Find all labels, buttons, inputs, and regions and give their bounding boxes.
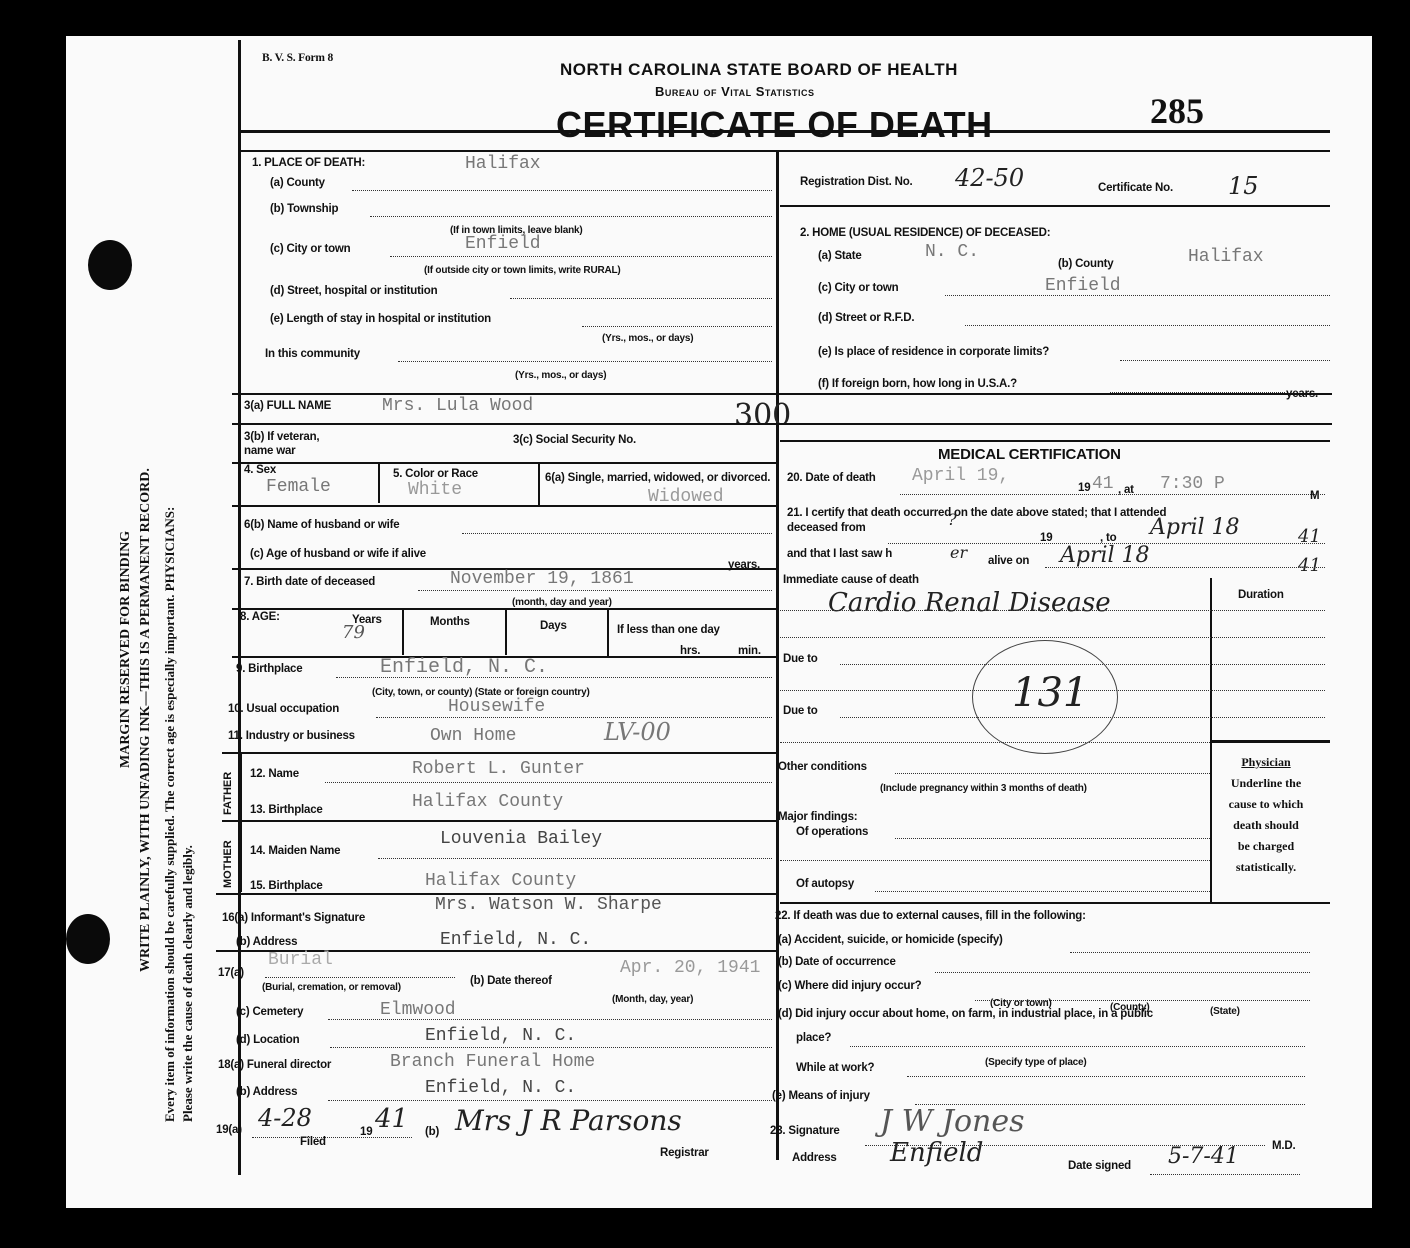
external-c-note-state: (State) <box>1210 1006 1240 1017</box>
duration-label: Duration <box>1238 589 1284 601</box>
marital-label: 6(a) Single, married, widowed, or divorc… <box>545 470 773 487</box>
age-divider-1 <box>402 609 404 655</box>
signature-address-value: Enfield <box>890 1138 983 1168</box>
registration-dist-label: Registration Dist. No. <box>800 176 913 188</box>
spouse-name-line <box>462 533 772 534</box>
margin-binding-text: MARGIN RESERVED FOR BINDING <box>118 531 134 768</box>
cause-value: Cardio Renal Disease <box>828 588 1111 618</box>
age-days-label: Days <box>540 620 567 632</box>
sex-label: 4. Sex <box>244 464 276 476</box>
binding-hole-bottom <box>66 914 110 964</box>
physician-box-line1: Underline the <box>1210 773 1322 794</box>
home-county-label: (b) County <box>1058 258 1113 270</box>
margin-instructions: Every item of information should be care… <box>162 507 178 1122</box>
other-conditions-note: (Include pregnancy within 3 months of de… <box>880 783 1087 794</box>
death-street-label: (d) Street, hospital or institution <box>270 285 437 297</box>
corporate-limits-line <box>1120 360 1330 361</box>
physician-box-title: Physician <box>1210 752 1322 773</box>
spouse-age-label: (c) Age of husband or wife if alive <box>250 548 426 560</box>
sex-value: Female <box>266 477 331 497</box>
burial-type-value: Burial <box>268 950 333 970</box>
medical-top-rule <box>780 440 1330 442</box>
death-date-line <box>900 494 1325 495</box>
header-rule-2 <box>240 150 1330 152</box>
mother-name-line <box>378 858 772 859</box>
age-divider-2 <box>505 609 507 655</box>
rule-3a <box>232 423 1332 425</box>
father-birthplace-value: Halifax County <box>412 792 563 812</box>
external-a-line <box>1070 952 1310 953</box>
burial-label: 17(a) <box>218 967 244 979</box>
industry-annotation: LV-00 <box>604 718 671 746</box>
industry-label: 11. Industry or business <box>228 730 355 742</box>
date-signed-label: Date signed <box>1068 1160 1131 1172</box>
mother-birthplace-label: 15. Birthplace <box>250 880 323 892</box>
margin-instructions-2: Please write the cause of death clearly … <box>180 845 196 1122</box>
funeral-address-line <box>328 1100 772 1101</box>
death-township-line <box>370 216 772 217</box>
duration-bottom-rule <box>1212 740 1330 743</box>
due-to-label-1: Due to <box>783 653 818 665</box>
informant-signature-value: Mrs. Watson W. Sharpe <box>435 895 662 915</box>
certify-text: 21. I certify that death occurred on the… <box>787 507 1166 519</box>
father-name-label: 12. Name <box>250 768 299 780</box>
death-township-label: (b) Township <box>270 203 338 215</box>
external-b-label: (b) Date of occurrence <box>778 956 896 968</box>
occupation-value: Housewife <box>448 697 545 717</box>
informant-address-value: Enfield, N. C. <box>440 930 591 950</box>
attended-from-value: ? <box>948 510 957 529</box>
other-conditions-label: Other conditions <box>778 761 867 773</box>
veteran-label: 3(b) If veteran, name war <box>244 430 324 458</box>
father-name-line <box>325 782 772 783</box>
stay-note: (Yrs., mos., or days) <box>602 333 693 344</box>
autopsy-line <box>875 891 1210 892</box>
rule-13 <box>222 820 776 822</box>
home-heading: 2. HOME (USUAL RESIDENCE) OF DECEASED: <box>800 227 1050 239</box>
registrar-signature: Mrs J R Parsons <box>455 1104 682 1137</box>
death-year-prefix: 19 <box>1078 482 1090 494</box>
due-to-label-2: Due to <box>783 705 818 717</box>
filed-label-a: 19(a) <box>216 1124 242 1136</box>
while-at-work-line <box>907 1076 1305 1077</box>
registration-dist-value: 42-50 <box>955 164 1024 192</box>
major-findings-label: Major findings: <box>778 811 857 823</box>
home-county-value: Halifax <box>1188 247 1264 267</box>
parents-tag-divider <box>240 752 242 892</box>
stamp-number: 285 <box>1150 90 1204 132</box>
date-signed-value: 5-7-41 <box>1168 1144 1239 1169</box>
external-d2-label: place? <box>796 1032 831 1044</box>
age-months-label: Months <box>430 616 470 628</box>
rule-11 <box>222 752 776 754</box>
full-name-value: Mrs. Lula Wood <box>382 396 533 416</box>
external-b-line <box>935 972 1310 973</box>
external-a-label: (a) Accident, suicide, or homicide (spec… <box>778 934 1003 946</box>
birth-date-line <box>418 590 772 591</box>
operations-line <box>895 838 1210 839</box>
mother-birthplace-value: Halifax County <box>425 871 576 891</box>
filed-label: Filed <box>300 1136 326 1148</box>
attended-from-label: deceased from <box>787 522 866 534</box>
cemetery-value: Elmwood <box>380 1000 456 1020</box>
race-marital-divider <box>538 463 540 505</box>
stay-line <box>582 326 772 327</box>
mother-name-value: Louvenia Bailey <box>440 829 602 849</box>
home-city-label: (c) City or town <box>818 282 899 294</box>
certificate-title: CERTIFICATE OF DEATH <box>556 104 993 146</box>
last-saw-label: and that I last saw h <box>787 548 892 560</box>
last-saw-value: April 18 <box>1060 543 1150 568</box>
funeral-address-value: Enfield, N. C. <box>425 1078 576 1098</box>
burial-location-value: Enfield, N. C. <box>425 1026 576 1046</box>
section-rule-3 <box>232 393 1332 395</box>
age-years-value: 79 <box>342 622 365 643</box>
registrar-label: Registrar <box>660 1147 709 1159</box>
father-birthplace-label: 13. Birthplace <box>250 804 323 816</box>
community-line <box>398 361 772 362</box>
birthplace-label: 9. Birthplace <box>236 663 302 675</box>
home-state-label: (a) State <box>818 250 862 262</box>
death-date-label: 20. Date of death <box>787 472 876 484</box>
form-id: B. V. S. Form 8 <box>262 52 333 64</box>
marital-value: Widowed <box>648 487 724 507</box>
while-at-work-label: While at work? <box>796 1062 874 1074</box>
alive-on-label: alive on <box>988 555 1029 567</box>
mother-tag: MOTHER <box>222 840 234 888</box>
external-d-line <box>850 1046 1305 1047</box>
filed-year-value: 41 <box>375 1104 408 1134</box>
last-saw-year: 41 <box>1298 555 1321 576</box>
city-note: (If outside city or town limits, write R… <box>424 265 621 276</box>
cause-line-2 <box>780 637 1325 638</box>
margin-permanent-record: WRITE PLAINLY, WITH UNFADING INK—THIS IS… <box>138 468 154 972</box>
autopsy-label: Of autopsy <box>796 878 854 890</box>
physician-signature: J W Jones <box>880 1104 1025 1139</box>
burial-type-note: (Burial, cremation, or removal) <box>262 982 401 993</box>
burial-date-value: Apr. 20, 1941 <box>620 958 760 978</box>
signature-address-label: Address <box>792 1152 837 1164</box>
father-name-value: Robert L. Gunter <box>412 759 585 779</box>
code-stamp: 131 <box>1012 670 1088 716</box>
filed-date-value: 4-28 <box>258 1104 312 1132</box>
home-state-value: N. C. <box>925 242 979 262</box>
burial-type-line <box>265 977 455 978</box>
birth-date-value: November 19, 1861 <box>450 569 634 589</box>
last-saw-pronoun: er <box>950 543 967 562</box>
spouse-name-label: 6(b) Name of husband or wife <box>244 519 399 531</box>
attended-to-value: April 18 <box>1150 515 1240 540</box>
funeral-address-label: (b) Address <box>236 1086 297 1098</box>
operations-label: Of operations <box>796 826 868 838</box>
external-heading: 22. If death was due to external causes,… <box>775 910 1086 922</box>
death-date-value: April 19, <box>912 466 1009 486</box>
external-d-note: (Specify type of place) <box>985 1057 1087 1068</box>
cemetery-label: (c) Cemetery <box>236 1006 303 1018</box>
death-county-label: (a) County <box>270 177 325 189</box>
death-county-value: Halifax <box>465 154 541 174</box>
burial-location-label: (d) Location <box>236 1034 299 1046</box>
registration-rule <box>780 205 1330 207</box>
corporate-limits-label: (e) Is place of residence in corporate l… <box>818 346 1049 358</box>
age-label: 8. AGE: <box>240 611 280 623</box>
ssn-label: 3(c) Social Security No. <box>513 433 663 447</box>
age-divider-3 <box>607 609 609 657</box>
death-time-value: 7:30 P <box>1160 474 1225 494</box>
home-city-line <box>945 295 1330 296</box>
death-street-line <box>510 298 772 299</box>
race-value: White <box>408 480 462 500</box>
full-name-annotation: 300 <box>734 398 791 433</box>
md-label: M.D. <box>1272 1140 1295 1152</box>
home-street-line <box>965 325 1330 326</box>
death-city-line <box>390 256 772 257</box>
community-label: In this community <box>265 348 360 360</box>
home-street-label: (d) Street or R.F.D. <box>818 312 914 324</box>
cause-line-1 <box>780 610 1325 611</box>
last-saw-line <box>1045 567 1325 568</box>
race-label: 5. Color or Race <box>393 468 478 480</box>
external-e-label: (e) Means of injury <box>772 1090 870 1102</box>
birthplace-line <box>336 677 772 678</box>
physician-box-line4: be charged <box>1210 836 1322 857</box>
sex-race-divider <box>378 463 380 503</box>
mother-name-label: 14. Maiden Name <box>250 845 340 857</box>
death-county-line <box>352 190 772 191</box>
industry-value: Own Home <box>430 726 516 746</box>
rule-3b <box>232 462 776 464</box>
rule-4 <box>232 505 776 507</box>
stay-label: (e) Length of stay in hospital or instit… <box>270 313 491 325</box>
filed-line <box>252 1137 412 1138</box>
date-signed-line <box>1150 1174 1300 1175</box>
death-time-suffix: M <box>1310 490 1319 502</box>
board-title: NORTH CAROLINA STATE BOARD OF HEALTH <box>560 60 958 80</box>
other-conditions-line <box>895 773 1210 774</box>
burial-location-line <box>330 1047 772 1048</box>
father-tag: FATHER <box>222 772 234 815</box>
foreign-born-label: (f) If foreign born, how long in U.S.A.? <box>818 378 1017 390</box>
physician-instruction-box: Physician Underline the cause to which d… <box>1210 752 1322 878</box>
funeral-director-value: Branch Funeral Home <box>390 1052 595 1072</box>
registrar-label-b: (b) <box>425 1126 439 1138</box>
birth-date-note: (month, day and year) <box>512 597 612 608</box>
full-name-label: 3(a) FULL NAME <box>244 400 331 412</box>
external-c-label: (c) Where did injury occur? <box>778 980 921 992</box>
operations-line-2 <box>780 860 1210 861</box>
certificate-no-value: 15 <box>1228 172 1259 200</box>
occupation-label: 10. Usual occupation <box>228 703 339 715</box>
binding-hole-top <box>88 240 132 290</box>
funeral-director-label: 18(a) Funeral director <box>218 1059 331 1071</box>
cemetery-line <box>328 1019 772 1020</box>
external-top-rule <box>780 902 1330 904</box>
informant-address-label: (b) Address <box>236 936 297 948</box>
cause-label: Immediate cause of death <box>783 574 919 586</box>
burial-date-label: (b) Date thereof <box>470 975 552 987</box>
burial-date-note: (Month, day, year) <box>612 994 693 1005</box>
occupation-line <box>376 717 772 718</box>
medical-heading: MEDICAL CERTIFICATION <box>938 446 1121 463</box>
birth-date-label: 7. Birth date of deceased <box>244 576 375 588</box>
physician-box-line5: statistically. <box>1210 857 1322 878</box>
physician-box-line2: cause to which <box>1210 794 1322 815</box>
community-note: (Yrs., mos., or days) <box>515 370 606 381</box>
certificate-no-label: Certificate No. <box>1098 182 1173 194</box>
due-to-line-2b <box>780 742 1210 743</box>
death-city-label: (c) City or town <box>270 243 351 255</box>
home-city-value: Enfield <box>1045 276 1121 296</box>
signature-label: 23. Signature <box>770 1125 840 1137</box>
rule-7 <box>232 608 776 610</box>
bureau-title: Bureau of Vital Statistics <box>655 84 815 99</box>
physician-box-line3: death should <box>1210 815 1322 836</box>
death-year-value: 41 <box>1092 474 1114 494</box>
informant-signature-label: 16(a) Informant's Signature <box>222 912 365 924</box>
place-of-death-heading: 1. PLACE OF DEATH: <box>252 157 365 169</box>
external-d-label: (d) Did injury occur about home, on farm… <box>778 1008 1153 1020</box>
age-less-label: If less than one day <box>617 624 720 636</box>
death-city-value: Enfield <box>465 234 541 254</box>
birthplace-value: Enfield, N. C. <box>380 656 548 679</box>
